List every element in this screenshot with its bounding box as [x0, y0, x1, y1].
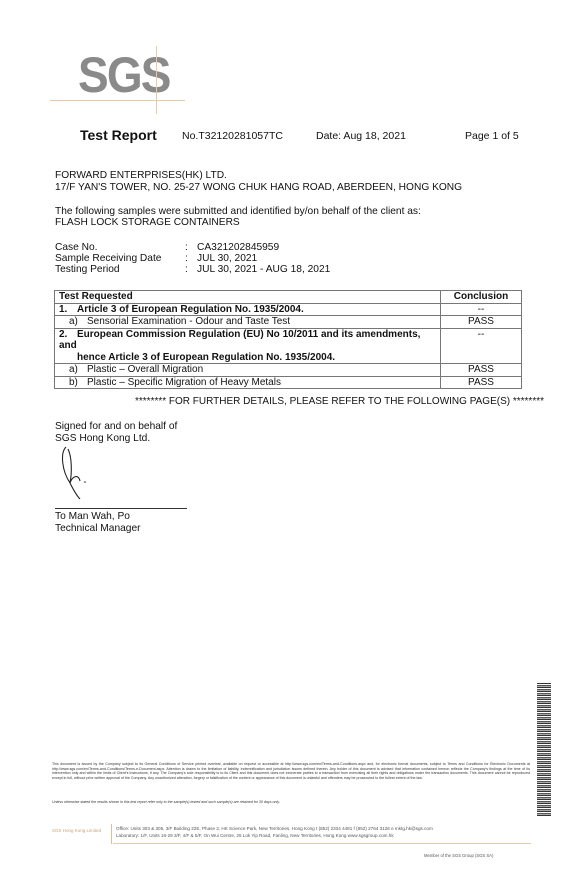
info-row-testing-period: Testing Period : JUL 30, 2021 - AUG 18, …: [55, 264, 330, 275]
info-colon: :: [185, 264, 197, 275]
info-row-case-no: Case No. : CA321202845959: [55, 242, 330, 253]
test-cell: 2.European Commission Regulation (EU) No…: [55, 328, 441, 364]
footer-member: Member of the SGS Group (SGS SA): [424, 853, 493, 858]
table-row: a)Plastic – Overall Migration PASS: [55, 364, 522, 377]
test-text-continued: hence Article 3 of European Regulation N…: [77, 352, 335, 363]
conclusion-cell: PASS: [441, 376, 522, 389]
footer-company: SGS Hong Kong Limited: [52, 828, 101, 833]
row-marker: 1.: [59, 304, 77, 316]
conclusion-cell: --: [441, 303, 522, 316]
test-text: European Commission Regulation (EU) No 1…: [59, 329, 420, 352]
tests-table: Test Requested Conclusion 1.Article 3 of…: [54, 290, 522, 389]
info-label: Case No.: [55, 242, 185, 253]
info-row-receiving-date: Sample Receiving Date : JUL 30, 2021: [55, 253, 330, 264]
table-row: a)Sensorial Examination - Odour and Tast…: [55, 316, 522, 329]
case-info: Case No. : CA321202845959 Sample Receivi…: [55, 242, 330, 275]
row-marker: b): [69, 377, 87, 389]
row-marker: a): [69, 316, 87, 328]
sample-retention-note: Unless otherwise stated the results show…: [52, 800, 280, 804]
info-colon: :: [185, 242, 197, 253]
signatory-title: Technical Manager: [55, 523, 141, 535]
header-conclusion: Conclusion: [441, 291, 522, 304]
test-text: Plastic – Overall Migration: [87, 364, 203, 375]
table-row: b)Plastic – Specific Migration of Heavy …: [55, 376, 522, 389]
table-header-row: Test Requested Conclusion: [55, 291, 522, 304]
barcode: [537, 683, 551, 816]
info-value: JUL 30, 2021 - AUG 18, 2021: [197, 264, 330, 275]
test-text: Sensorial Examination - Odour and Taste …: [87, 316, 290, 327]
logo-rule-horizontal: [50, 100, 185, 101]
info-label: Testing Period: [55, 264, 185, 275]
footer-office: Office: Units 303 & 305, 3/F Building 22…: [116, 826, 433, 833]
conclusion-cell: PASS: [441, 364, 522, 377]
footer-addresses: Office: Units 303 & 305, 3/F Building 22…: [116, 826, 433, 839]
test-cell: b)Plastic – Specific Migration of Heavy …: [55, 376, 441, 389]
signatory-name: To Man Wah, Po: [55, 511, 130, 523]
info-colon: :: [185, 253, 197, 264]
footer-laboratory: Laboratory: 1/F, Units 16-29 3/F, 4/F & …: [116, 833, 433, 840]
further-details-note: ******** FOR FURTHER DETAILS, PLEASE REF…: [135, 396, 544, 407]
info-value: CA321202845959: [197, 242, 279, 253]
sample-name: FLASH LOCK STORAGE CONTAINERS: [55, 217, 240, 229]
table-row: 1.Article 3 of European Regulation No. 1…: [55, 303, 522, 316]
info-value: JUL 30, 2021: [197, 253, 257, 264]
client-name: FORWARD ENTERPRISES(HK) LTD.: [55, 170, 227, 182]
conclusion-cell: --: [441, 328, 522, 364]
row-marker: 2.: [59, 329, 77, 341]
signature-icon: [58, 443, 98, 503]
test-text: Article 3 of European Regulation No. 193…: [77, 304, 304, 315]
test-cell: a)Sensorial Examination - Odour and Tast…: [55, 316, 441, 329]
signature-line: [55, 508, 187, 509]
test-cell: 1.Article 3 of European Regulation No. 1…: [55, 303, 441, 316]
footer-separator: [111, 824, 112, 844]
client-address: 17/F YAN'S TOWER, NO. 25-27 WONG CHUK HA…: [55, 182, 462, 194]
info-label: Sample Receiving Date: [55, 253, 185, 264]
report-date: Date: Aug 18, 2021: [316, 130, 406, 142]
header-test-requested: Test Requested: [55, 291, 441, 304]
report-title: Test Report: [80, 127, 157, 143]
footer-rule: [113, 843, 531, 844]
logo-rule-vertical: [156, 46, 157, 114]
page-indicator: Page 1 of 5: [465, 130, 519, 142]
test-cell: a)Plastic – Overall Migration: [55, 364, 441, 377]
report-number: No.T32120281057TC: [182, 130, 283, 142]
test-text: Plastic – Specific Migration of Heavy Me…: [87, 377, 281, 388]
conclusion-cell: PASS: [441, 316, 522, 329]
table-row: 2.European Commission Regulation (EU) No…: [55, 328, 522, 364]
legal-disclaimer: This document is issued by the Company s…: [52, 762, 530, 780]
row-marker: a): [69, 364, 87, 376]
signed-for-label: Signed for and on behalf of: [55, 421, 177, 433]
